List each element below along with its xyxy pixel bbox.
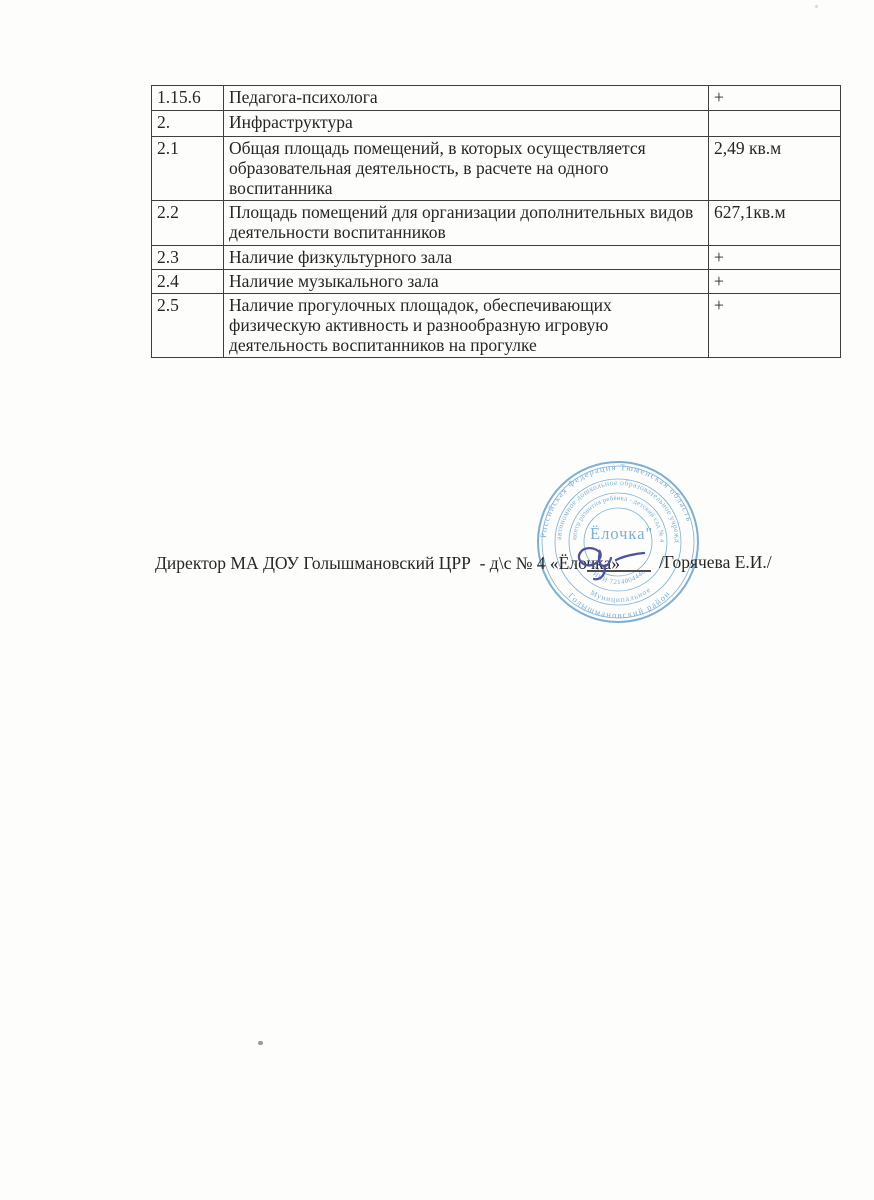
row-number: 2.2: [152, 201, 224, 246]
row-value: +: [709, 246, 841, 270]
scan-speck: [815, 5, 818, 8]
table-row: 2.2 Площадь помещений для организации до…: [152, 201, 841, 246]
signature-name: /Горячева Е.И./: [659, 552, 772, 573]
table-row: 2.5 Наличие прогулочных площадок, обеспе…: [152, 294, 841, 358]
row-value: +: [709, 294, 841, 358]
scan-speck: [258, 1041, 263, 1045]
row-label: Площадь помещений для организации дополн…: [224, 201, 709, 246]
table-row: 1.15.6 Педагога-психолога +: [152, 86, 841, 111]
row-label: Наличие музыкального зала: [224, 270, 709, 294]
row-number: 1.15.6: [152, 86, 224, 111]
row-value: 627,1кв.м: [709, 201, 841, 246]
row-label: Наличие физкультурного зала: [224, 246, 709, 270]
row-number: 2.3: [152, 246, 224, 270]
table-row: 2.4 Наличие музыкального зала +: [152, 270, 841, 294]
table-row: 2. Инфраструктура: [152, 111, 841, 137]
row-value: +: [709, 86, 841, 111]
row-value: 2,49 кв.м: [709, 137, 841, 201]
row-number: 2.1: [152, 137, 224, 201]
stamp-center-text: Ёлочка": [590, 524, 653, 543]
row-number: 2.5: [152, 294, 224, 358]
table-row: 2.3 Наличие физкультурного зала +: [152, 246, 841, 270]
row-label: Педагога-психолога: [224, 86, 709, 111]
row-value: [709, 111, 841, 137]
row-label: Общая площадь помещений, в которых осуще…: [224, 137, 709, 201]
table-row: 2.1 Общая площадь помещений, в которых о…: [152, 137, 841, 201]
svg-text:Голышмановский район: Голышмановский район: [566, 588, 672, 620]
row-number: 2.4: [152, 270, 224, 294]
row-value: +: [709, 270, 841, 294]
official-stamp: Российская Федерация Тюменская область Г…: [532, 456, 704, 628]
indicators-table: 1.15.6 Педагога-психолога + 2. Инфрастру…: [151, 85, 841, 358]
row-number: 2.: [152, 111, 224, 137]
row-label: Инфраструктура: [224, 111, 709, 137]
handwritten-signature: [574, 543, 670, 589]
stamp-ring-outer-bottom: Голышмановский район: [566, 588, 672, 620]
row-label: Наличие прогулочных площадок, обеспечива…: [224, 294, 709, 358]
signature-title: Директор МА ДОУ Голышмановский ЦРР - д\с…: [155, 553, 620, 574]
